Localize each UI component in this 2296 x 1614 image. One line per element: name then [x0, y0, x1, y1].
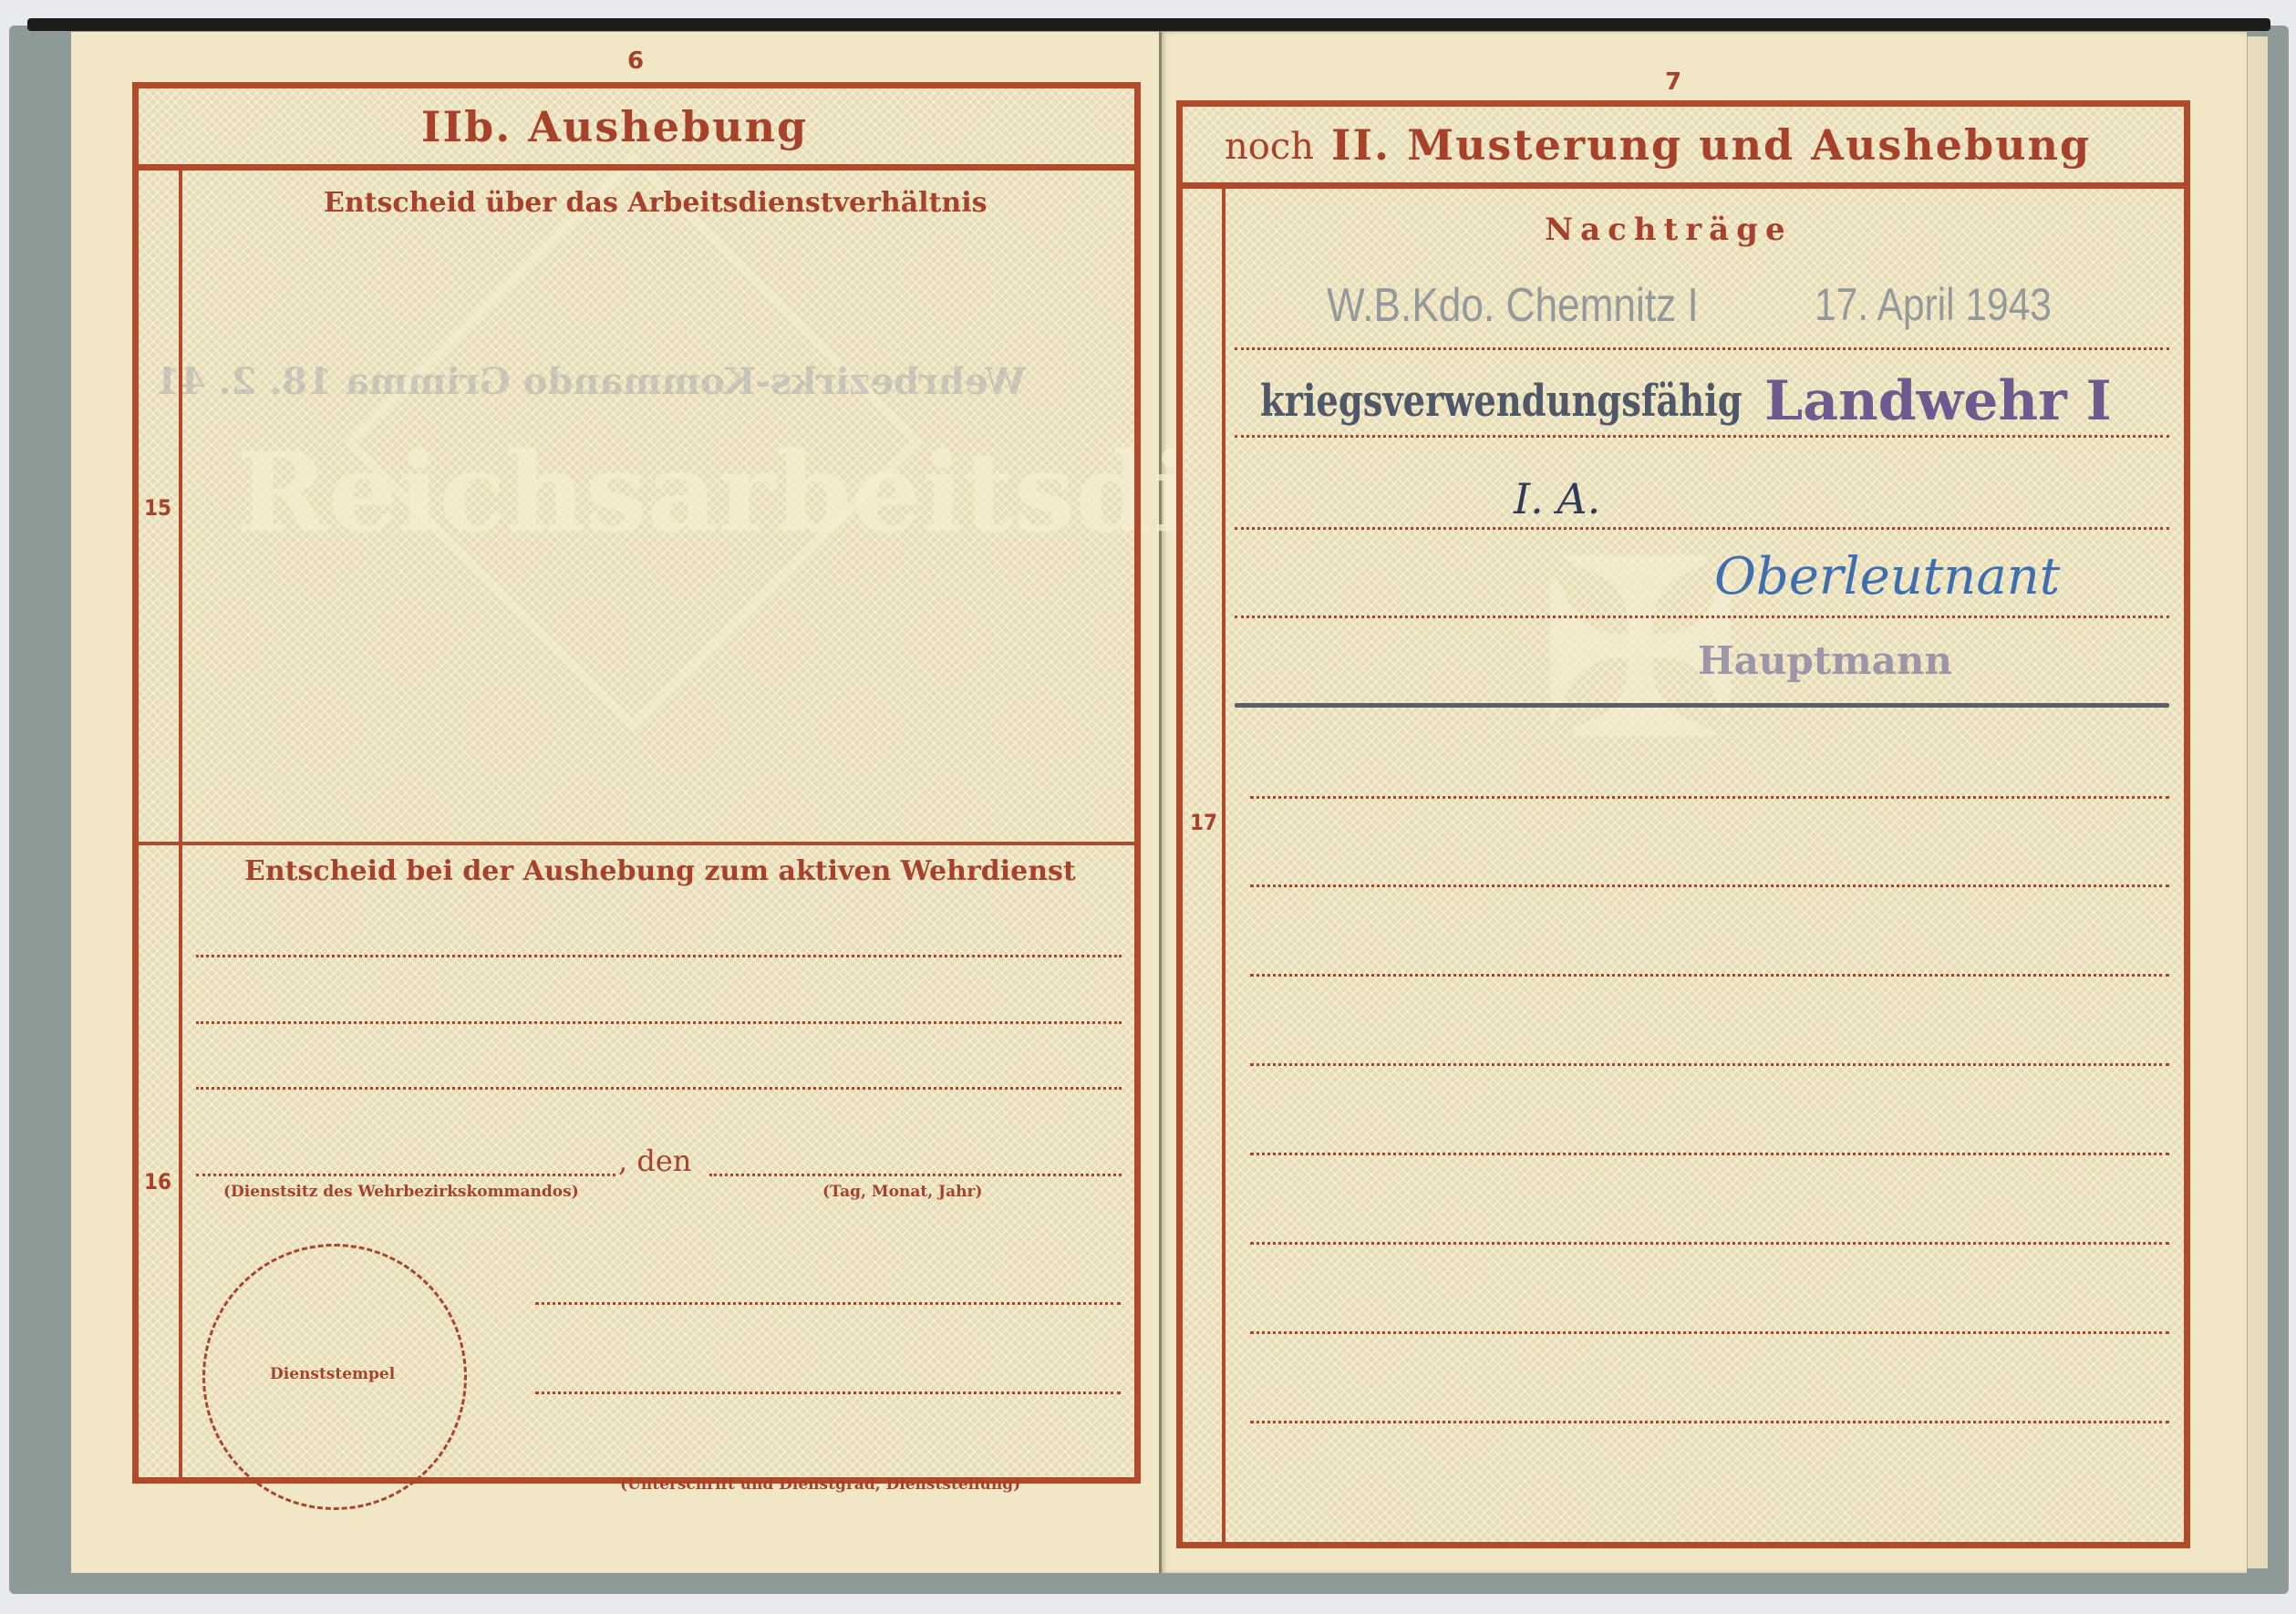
title-prefix: noch — [1225, 126, 1314, 168]
page-stack-edge — [2247, 36, 2268, 1568]
section-15-heading: Entscheid über das Arbeitsdienstverhältn… — [324, 187, 988, 219]
right-title-divider — [1176, 182, 2190, 189]
entry-line-11[interactable] — [1250, 1331, 2169, 1334]
den-label: , den — [618, 1143, 691, 1178]
right-number-column-line — [1222, 189, 1226, 1543]
signature-line-1[interactable] — [535, 1302, 1121, 1305]
signature-line-2[interactable] — [535, 1392, 1121, 1394]
section-15-number: 15 — [144, 495, 171, 521]
entry-line-4[interactable] — [1235, 616, 2169, 618]
entry-line-6[interactable] — [1250, 885, 2169, 887]
decision-line-1[interactable] — [196, 955, 1122, 957]
entry-line-1[interactable] — [1235, 347, 2169, 350]
entry-line-8[interactable] — [1250, 1063, 2169, 1066]
entry-line-9[interactable] — [1250, 1153, 2169, 1155]
fitness-stamp: kriegsverwendungsfähig — [1260, 376, 1743, 427]
date-caption: (Tag, Monat, Jahr) — [822, 1183, 982, 1201]
left-page-title: IIb. Aushebung — [421, 102, 808, 151]
entry-line-5[interactable] — [1250, 796, 2169, 799]
left-number-column-line — [179, 171, 182, 1480]
right-page-title: II. Musterung und Aushebung — [1331, 120, 2091, 170]
category-stamp: Landwehr I — [1764, 369, 2112, 433]
rank-stamp: Hauptmann — [1698, 638, 1952, 683]
entry-line-7[interactable] — [1250, 974, 2169, 977]
binding-spine — [1159, 32, 1162, 1573]
place-caption: (Dienstsitz des Wehrbezirkskommandos) — [223, 1183, 579, 1201]
section-17-number: 17 — [1190, 810, 1217, 835]
entry-line-10[interactable] — [1250, 1242, 2169, 1245]
section-16-number: 16 — [144, 1169, 171, 1195]
entry-line-2[interactable] — [1235, 435, 2169, 438]
left-title-divider — [132, 164, 1141, 171]
section-16-heading: Entscheid bei der Aushebung zum aktiven … — [244, 855, 1076, 887]
date-field[interactable] — [709, 1174, 1122, 1176]
entry-line-12[interactable] — [1250, 1421, 2169, 1423]
decision-line-2[interactable] — [196, 1021, 1122, 1024]
office-stamp: W.B.Kdo. Chemnitz I — [1327, 278, 1699, 333]
page-number-right: 7 — [1665, 68, 1681, 96]
decision-line-3[interactable] — [196, 1087, 1122, 1090]
place-field[interactable] — [196, 1174, 615, 1176]
date-stamp: 17. April 1943 — [1815, 278, 2052, 331]
page-number-left: 6 — [627, 47, 644, 75]
service-stamp-label: Dienststempel — [270, 1365, 395, 1383]
officer-signature: Oberleutnant — [1714, 547, 2060, 606]
section-15-16-divider — [132, 842, 1141, 845]
on-behalf-handwriting: I. A. — [1514, 474, 1600, 523]
nachtraege-heading: Nachträge — [1545, 212, 1793, 248]
entry-closing-rule — [1235, 703, 2169, 708]
cover-top-edge — [27, 18, 2270, 31]
signature-caption: (Unterschrift und Dienstgrad, Dienststel… — [620, 1475, 1020, 1494]
entry-line-3[interactable] — [1235, 527, 2169, 530]
